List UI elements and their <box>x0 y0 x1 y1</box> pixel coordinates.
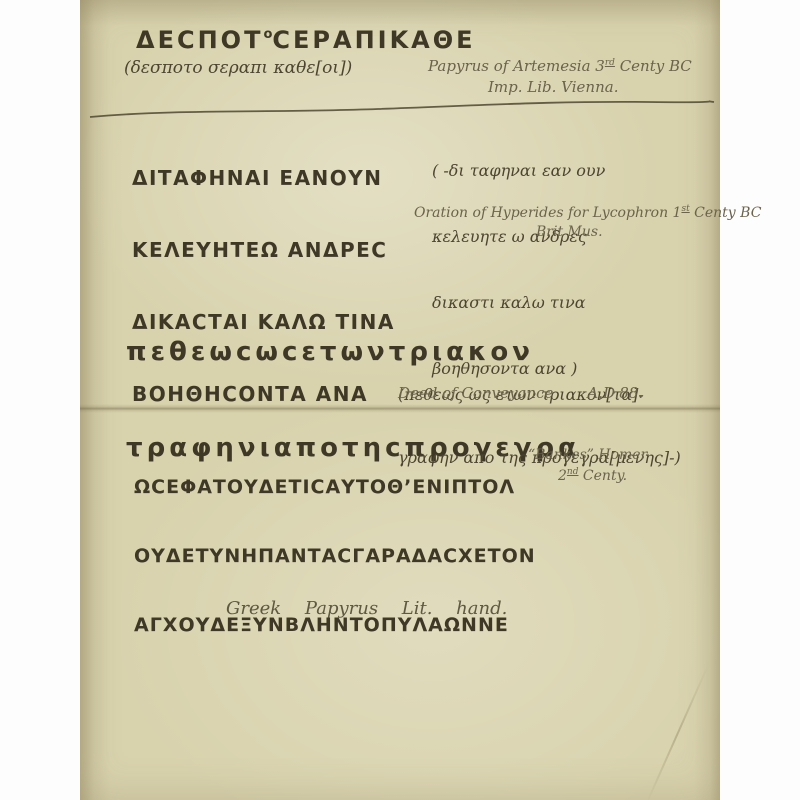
uncial-line: ΩϹΕΦΑΤΟΥΔΕΤΙϹΑΥΤΟΘ’ΕΝΙΠΤΟΛ <box>134 476 536 499</box>
source-note-homer-line2: 2nd Centy. <box>558 467 627 484</box>
gloss-artemisia: (δεσποτο σεραπι καθε[οι]) <box>124 58 352 78</box>
source-homer-ordinal: nd <box>567 467 579 477</box>
source-deed-date: A.D.88. <box>587 384 643 402</box>
uncial-title-pre: ΔΕϹΠΟΤ <box>136 26 263 54</box>
uncial-block-homer: ΩϹΕΦΑΤΟΥΔΕΤΙϹΑΥΤΟΘ’ΕΝΙΠΤΟΛ ΟΥΔΕΤΥΝΗΠΑΝΤΑ… <box>134 430 536 683</box>
source-artemisia-text: Papyrus of Artemesia 3 <box>428 57 605 75</box>
uncial-line: ΚΕΛΕΥΗΤΕΩ ΑΝΔΡΕϹ <box>132 238 395 262</box>
uncial-line: ΟΥΔΕΤΥΝΗΠΑΝΤΑϹΓΑΡΑΔΑϹΧΕΤΟΝ <box>134 545 536 568</box>
source-note-hyperides-line2: Brit Mus. <box>536 224 603 240</box>
source-homer-number: 2 <box>558 468 567 484</box>
uncial-title-post: ϹΕΡΑΠΙΚΑΘΕ <box>272 26 475 54</box>
source-note-artemisia-line1: Papyrus of Artemesia 3rd Centy BC <box>428 57 692 75</box>
source-homer-era: Centy. <box>578 468 627 484</box>
source-artemisia-ordinal: rd <box>605 58 615 68</box>
uncial-title-artemisia: ΔΕϹΠΟΤοϹΕΡΑΠΙΚΑΘΕ <box>136 26 476 54</box>
source-note-homer-line1: “Bankes” Homer <box>528 447 647 463</box>
sheet-caption: Greek Papyrus Lit. hand. <box>226 598 507 619</box>
fold-crease <box>80 404 720 413</box>
source-hyperides-text: Oration of Hyperides for Lycophron 1 <box>414 205 681 221</box>
source-note-deed: Deed of Conveyance A.D.88. <box>398 384 643 402</box>
source-hyperides-era: Centy BC <box>690 205 762 221</box>
source-hyperides-ordinal: st <box>681 204 689 214</box>
source-artemisia-era: Centy BC <box>615 57 692 75</box>
papyrus-study-sheet: ΔΕϹΠΟΤοϹΕΡΑΠΙΚΑΘΕ (δεσποτο σεραπι καθε[ο… <box>80 0 720 800</box>
ink-divider-line <box>88 94 716 120</box>
diagonal-crease <box>646 666 709 800</box>
source-deed-text: Deed of Conveyance <box>398 384 553 402</box>
source-note-hyperides-line1: Oration of Hyperides for Lycophron 1st C… <box>414 204 761 221</box>
uncial-line: ΔΙΤΑΦΗΝΑΙ ΕΑΝΟΥΝ <box>132 166 395 190</box>
gloss-line: ( -δι ταφηναι εαν ουν <box>432 160 605 182</box>
